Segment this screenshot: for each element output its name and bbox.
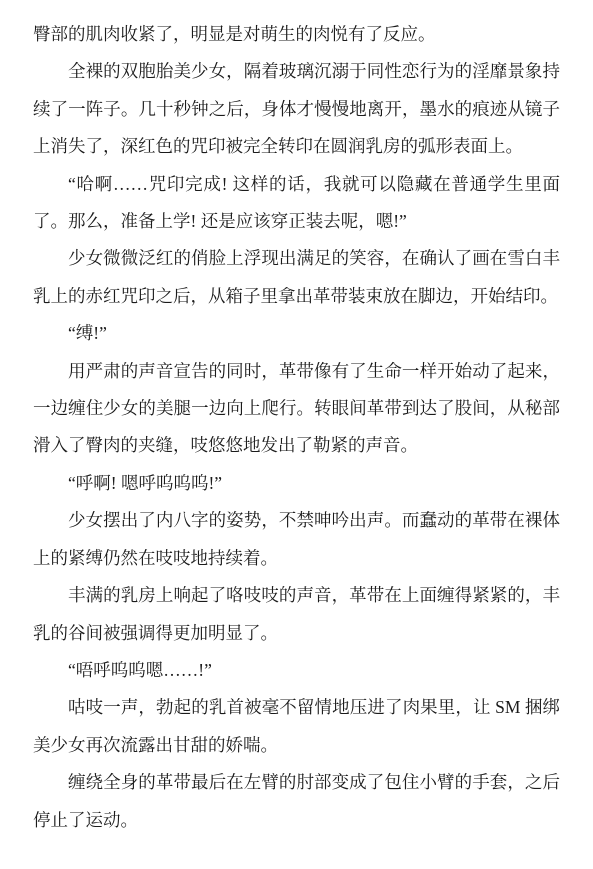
paragraph: “缚!” (33, 315, 560, 352)
paragraph: 少女微微泛红的俏脸上浮现出满足的笑容，在确认了画在雪白丰乳上的赤红咒印之后，从箱… (33, 240, 560, 315)
paragraph: 全裸的双胞胎美少女，隔着玻璃沉溺于同性恋行为的淫靡景象持续了一阵子。几十秒钟之后… (33, 53, 560, 165)
paragraph: 咕吱一声，勃起的乳首被毫不留情地压进了肉果里，让 SM 捆绑美少女再次流露出甘甜… (33, 689, 560, 764)
paragraph: “唔呼呜呜嗯……!” (33, 652, 560, 689)
paragraph: 缠绕全身的革带最后在左臂的肘部变成了包住小臂的手套，之后停止了运动。 (33, 764, 560, 839)
paragraph: “哈啊……咒印完成! 这样的话，我就可以隐藏在普通学生里面了。那么，准备上学! … (33, 166, 560, 241)
paragraph: 少女摆出了内八字的姿势，不禁呻吟出声。而蠢动的革带在裸体上的紧缚仍然在吱吱地持续… (33, 502, 560, 577)
document-page: 臀部的肌肉收紧了，明显是对萌生的肉悦有了反应。 全裸的双胞胎美少女，隔着玻璃沉溺… (0, 0, 593, 869)
paragraph: 臀部的肌肉收紧了，明显是对萌生的肉悦有了反应。 (33, 16, 560, 53)
paragraph: 丰满的乳房上响起了咯吱吱的声音，革带在上面缠得紧紧的，丰乳的谷间被强调得更加明显… (33, 577, 560, 652)
paragraph: “呼啊! 嗯呼呜呜呜!” (33, 465, 560, 502)
paragraph: 用严肃的声音宣告的同时，革带像有了生命一样开始动了起来，一边缠住少女的美腿一边向… (33, 353, 560, 465)
